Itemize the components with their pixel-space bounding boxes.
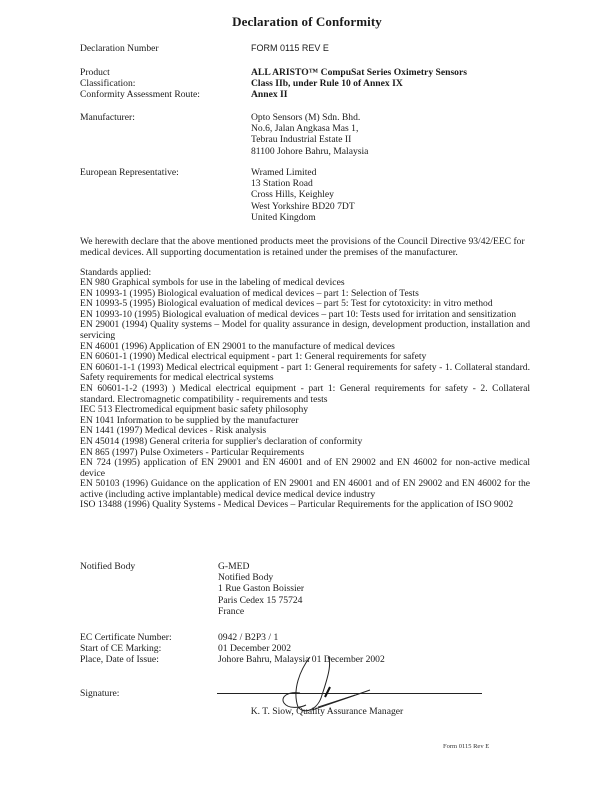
address-line: 13 Station Road <box>251 178 355 189</box>
classification-value: Class IIb, under Rule 10 of Annex IX <box>251 78 403 89</box>
form-footer: Form 0115 Rev E <box>443 743 489 750</box>
address-line: Paris Cedex 15 75724 <box>218 595 304 606</box>
ec-certificate-label: EC Certificate Number: <box>80 632 172 643</box>
address-line: Cross Hills, Keighley <box>251 189 355 200</box>
address-line: United Kingdom <box>251 212 355 223</box>
place-date-label: Place, Date of Issue: <box>80 654 159 665</box>
notified-body-label: Notified Body <box>80 561 135 572</box>
conformity-route-label: Conformity Assessment Route: <box>80 89 200 100</box>
classification-text: Class IIb, under Rule 10 of Annex IX <box>251 78 403 89</box>
address-line: Notified Body <box>218 572 304 583</box>
ce-marking-value: 01 December 2002 <box>218 643 291 654</box>
standard-item: EN 45014 (1998) General criteria for sup… <box>80 437 530 448</box>
manufacturer-label: Manufacturer: <box>80 112 135 123</box>
ec-certificate-value: 0942 / B2P3 / 1 <box>218 632 278 643</box>
standard-item: EN 724 (1995) application of EN 29001 an… <box>80 458 530 479</box>
eu-rep-label: European Representative: <box>80 167 179 178</box>
conformity-route-text: Annex II <box>251 89 288 100</box>
address-line: G-MED <box>218 561 304 572</box>
product-name: ALL ARISTO™ CompuSat Series Oximetry Sen… <box>251 67 467 78</box>
signature-label: Signature: <box>80 688 119 699</box>
document-page: Declaration of Conformity Declaration Nu… <box>0 0 614 793</box>
standards-list: EN 980 Graphical symbols for use in the … <box>80 278 530 511</box>
classification-label: Classification: <box>80 78 135 89</box>
standard-item: EN 980 Graphical symbols for use in the … <box>80 278 530 289</box>
address-line: 1 Rue Gaston Boissier <box>218 583 304 594</box>
declaration-statement: We herewith declare that the above menti… <box>80 236 530 258</box>
standard-item: EN 29001 (1994) Quality systems – Model … <box>80 320 530 341</box>
standard-item: ISO 13488 (1996) Quality Systems - Medic… <box>80 500 530 511</box>
address-line: France <box>218 606 304 617</box>
document-title: Declaration of Conformity <box>0 14 614 30</box>
manufacturer-address: Opto Sensors (M) Sdn. Bhd. No.6, Jalan A… <box>251 112 368 157</box>
address-line: Tebrau Industrial Estate II <box>251 134 368 145</box>
product-value: ALL ARISTO™ CompuSat Series Oximetry Sen… <box>251 67 467 78</box>
eu-rep-address: Wramed Limited 13 Station Road Cross Hil… <box>251 167 355 223</box>
declaration-number-value: FORM 0115 REV E <box>251 43 329 54</box>
address-line: No.6, Jalan Angkasa Mas 1, <box>251 123 368 134</box>
ce-marking-label: Start of CE Marking: <box>80 643 161 654</box>
address-line: Wramed Limited <box>251 167 355 178</box>
standard-item: EN 60601-1-2 (1993) ) Medical electrical… <box>80 384 530 405</box>
address-line: Opto Sensors (M) Sdn. Bhd. <box>251 112 368 123</box>
address-line: 81100 Johore Bahru, Malaysia <box>251 146 368 157</box>
address-line: West Yorkshire BD20 7DT <box>251 201 355 212</box>
product-label: Product <box>80 67 110 78</box>
standard-item: EN 60601-1-1 (1993) Medical electrical e… <box>80 363 530 384</box>
signer-name: K. T. Siow, Quality Assurance Manager <box>0 706 614 717</box>
standard-item: EN 50103 (1996) Guidance on the applicat… <box>80 479 530 500</box>
declaration-text: We herewith declare that the above menti… <box>80 236 530 258</box>
notified-body-address: G-MED Notified Body 1 Rue Gaston Boissie… <box>218 561 304 617</box>
declaration-number-label: Declaration Number <box>80 43 159 54</box>
conformity-route-value: Annex II <box>251 89 288 100</box>
